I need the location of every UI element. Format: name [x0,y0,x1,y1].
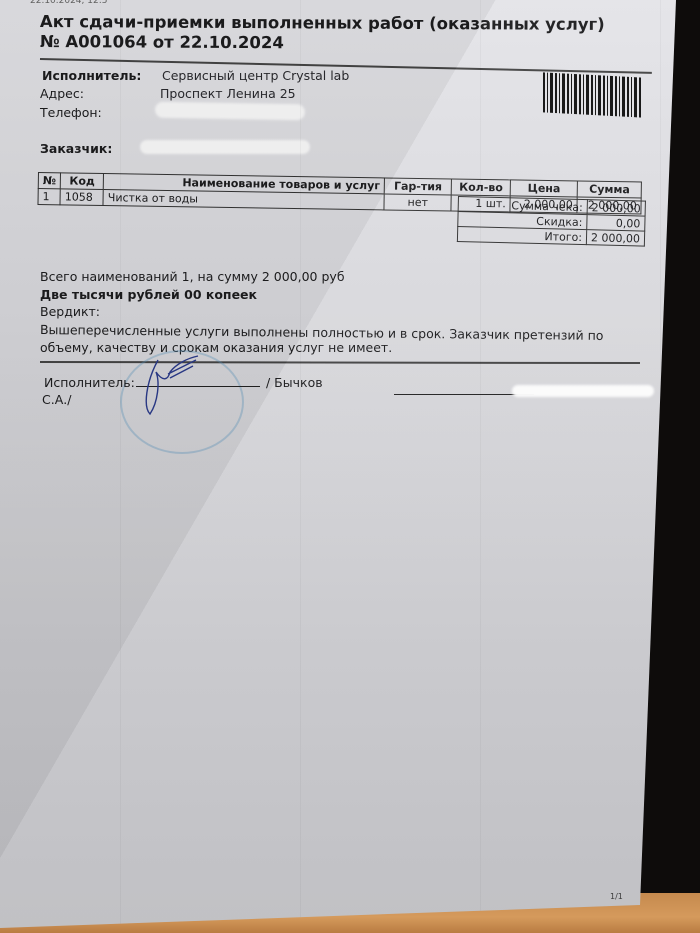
customer-name-redaction [512,385,654,397]
amount-in-words: Две тысячи рублей 00 копеек [40,286,257,303]
customer-label: Заказчик: [40,141,112,156]
total-label: Итого: [457,227,586,245]
col-qty: Кол-во [451,179,510,196]
total-row: Итого: 2 000,00 [457,227,644,247]
col-sum: Сумма [577,181,641,198]
document-title: Акт сдачи-приемки выполненных работ (ока… [40,12,605,55]
total-value: 2 000,00 [586,230,644,246]
signature-divider [40,361,640,364]
col-price: Цена [510,180,577,197]
address-label: Адрес: [40,86,84,101]
verdict-line-2: объему, качеству и срокам оказания услуг… [40,339,392,356]
phone-label: Телефон: [40,105,102,120]
signature-icon [138,352,208,422]
barcode-icon [543,72,643,117]
col-code: Код [60,173,103,190]
cell-warranty: нет [384,194,451,211]
executor-value: Сервисный центр Crystal lab [162,68,349,83]
summary-line: Всего наименований 1, на сумму 2 000,00 … [40,268,345,285]
print-timestamp: 22.10.2024, 12:5 [30,0,107,6]
document-page: 22.10.2024, 12:5 Акт сдачи-приемки выпол… [0,0,700,933]
address-value: Проспект Ленина 25 [160,86,296,101]
customer-redaction [140,140,310,154]
executor-label: Исполнитель: [42,68,141,83]
executor-name-line-2: С.А./ [42,391,71,408]
col-warranty: Гар-тия [384,178,451,195]
executor-name-line-1: / Бычков [266,374,323,391]
verdict-label: Вердикт: [40,303,100,320]
col-number: № [38,173,60,189]
cell-code: 1058 [60,189,103,206]
receipt-sum-value: 2 000,00 [587,200,645,216]
title-line-2: № A001064 от 22.10.2024 [40,32,605,55]
executor-signature-label: Исполнитель: [44,374,135,391]
page-number: 1/1 [610,892,623,901]
phone-redaction [155,102,305,121]
totals-table: Сумма чека: 2 000,00 Скидка: 0,00 Итого:… [457,196,646,247]
cell-number: 1 [38,189,60,205]
cell-name: Чистка от воды [103,190,384,210]
discount-value: 0,00 [587,215,645,231]
